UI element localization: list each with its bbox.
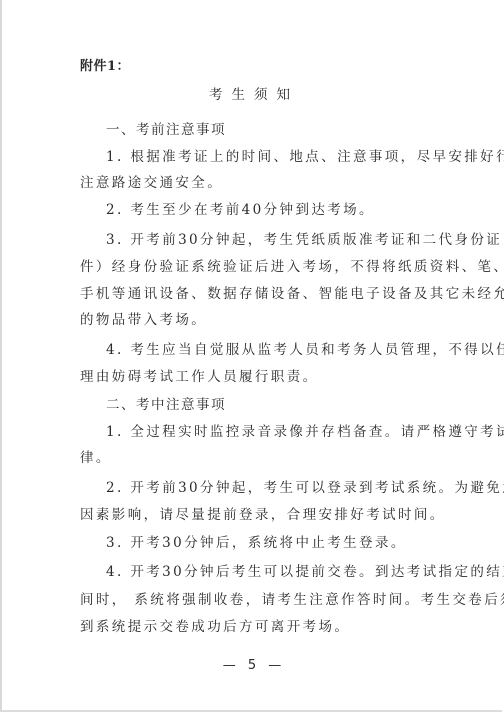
section-heading-2: 二、考中注意事项 <box>106 397 430 413</box>
paragraph-line: 间时， 系统将强制收卷，请考生注意作答时间。考生交卷后须看 <box>80 592 430 608</box>
page-number: — 5 — <box>2 658 504 674</box>
paragraph-line: 2. 考生至少在考前40分钟到达考场。 <box>106 202 430 218</box>
paragraph-line: 件）经身份验证系统验证后进入考场，不得将纸质资料、笔、水、 <box>80 259 430 275</box>
attachment-label: 附件1： <box>80 59 430 75</box>
section-heading-1: 一、考前注意事项 <box>106 122 430 138</box>
document-title: 考生须知 <box>2 87 504 103</box>
paragraph-line: 2. 开考前30分钟起，考生可以登录到考试系统。为避免意外 <box>106 480 430 496</box>
paragraph-line: 律。 <box>80 450 430 466</box>
paragraph-line: 理由妨碍考试工作人员履行职责。 <box>80 369 430 385</box>
document-page: 附件1： 考生须知 一、考前注意事项 1. 根据准考证上的时间、地点、注意事项，… <box>0 0 502 712</box>
paragraph-line: 到系统提示交卷成功后方可离开考场。 <box>80 619 430 635</box>
paragraph-line: 4. 考生应当自觉服从监考人员和考务人员管理，不得以任何 <box>106 342 430 358</box>
paragraph-line: 1. 全过程实时监控录音录像并存档备查。请严格遵守考试纪 <box>106 424 430 440</box>
paragraph-line: 的物品带入考场。 <box>80 312 430 328</box>
paragraph-line: 4. 开考30分钟后考生可以提前交卷。到达考试指定的结束时 <box>106 564 430 580</box>
paragraph-line: 1. 根据准考证上的时间、地点、注意事项，尽早安排好行程， <box>106 149 430 165</box>
paragraph-line: 3. 开考30分钟后，系统将中止考生登录。 <box>106 535 430 551</box>
paragraph-line: 注意路途交通安全。 <box>80 175 430 191</box>
paragraph-line: 手机等通讯设备、数据存储设备、智能电子设备及其它未经允许 <box>80 286 430 302</box>
paragraph-line: 3. 开考前30分钟起，考生凭纸质版准考证和二代身份证（原 <box>106 232 430 248</box>
paragraph-line: 因素影响，请尽量提前登录，合理安排好考试时间。 <box>80 507 430 523</box>
